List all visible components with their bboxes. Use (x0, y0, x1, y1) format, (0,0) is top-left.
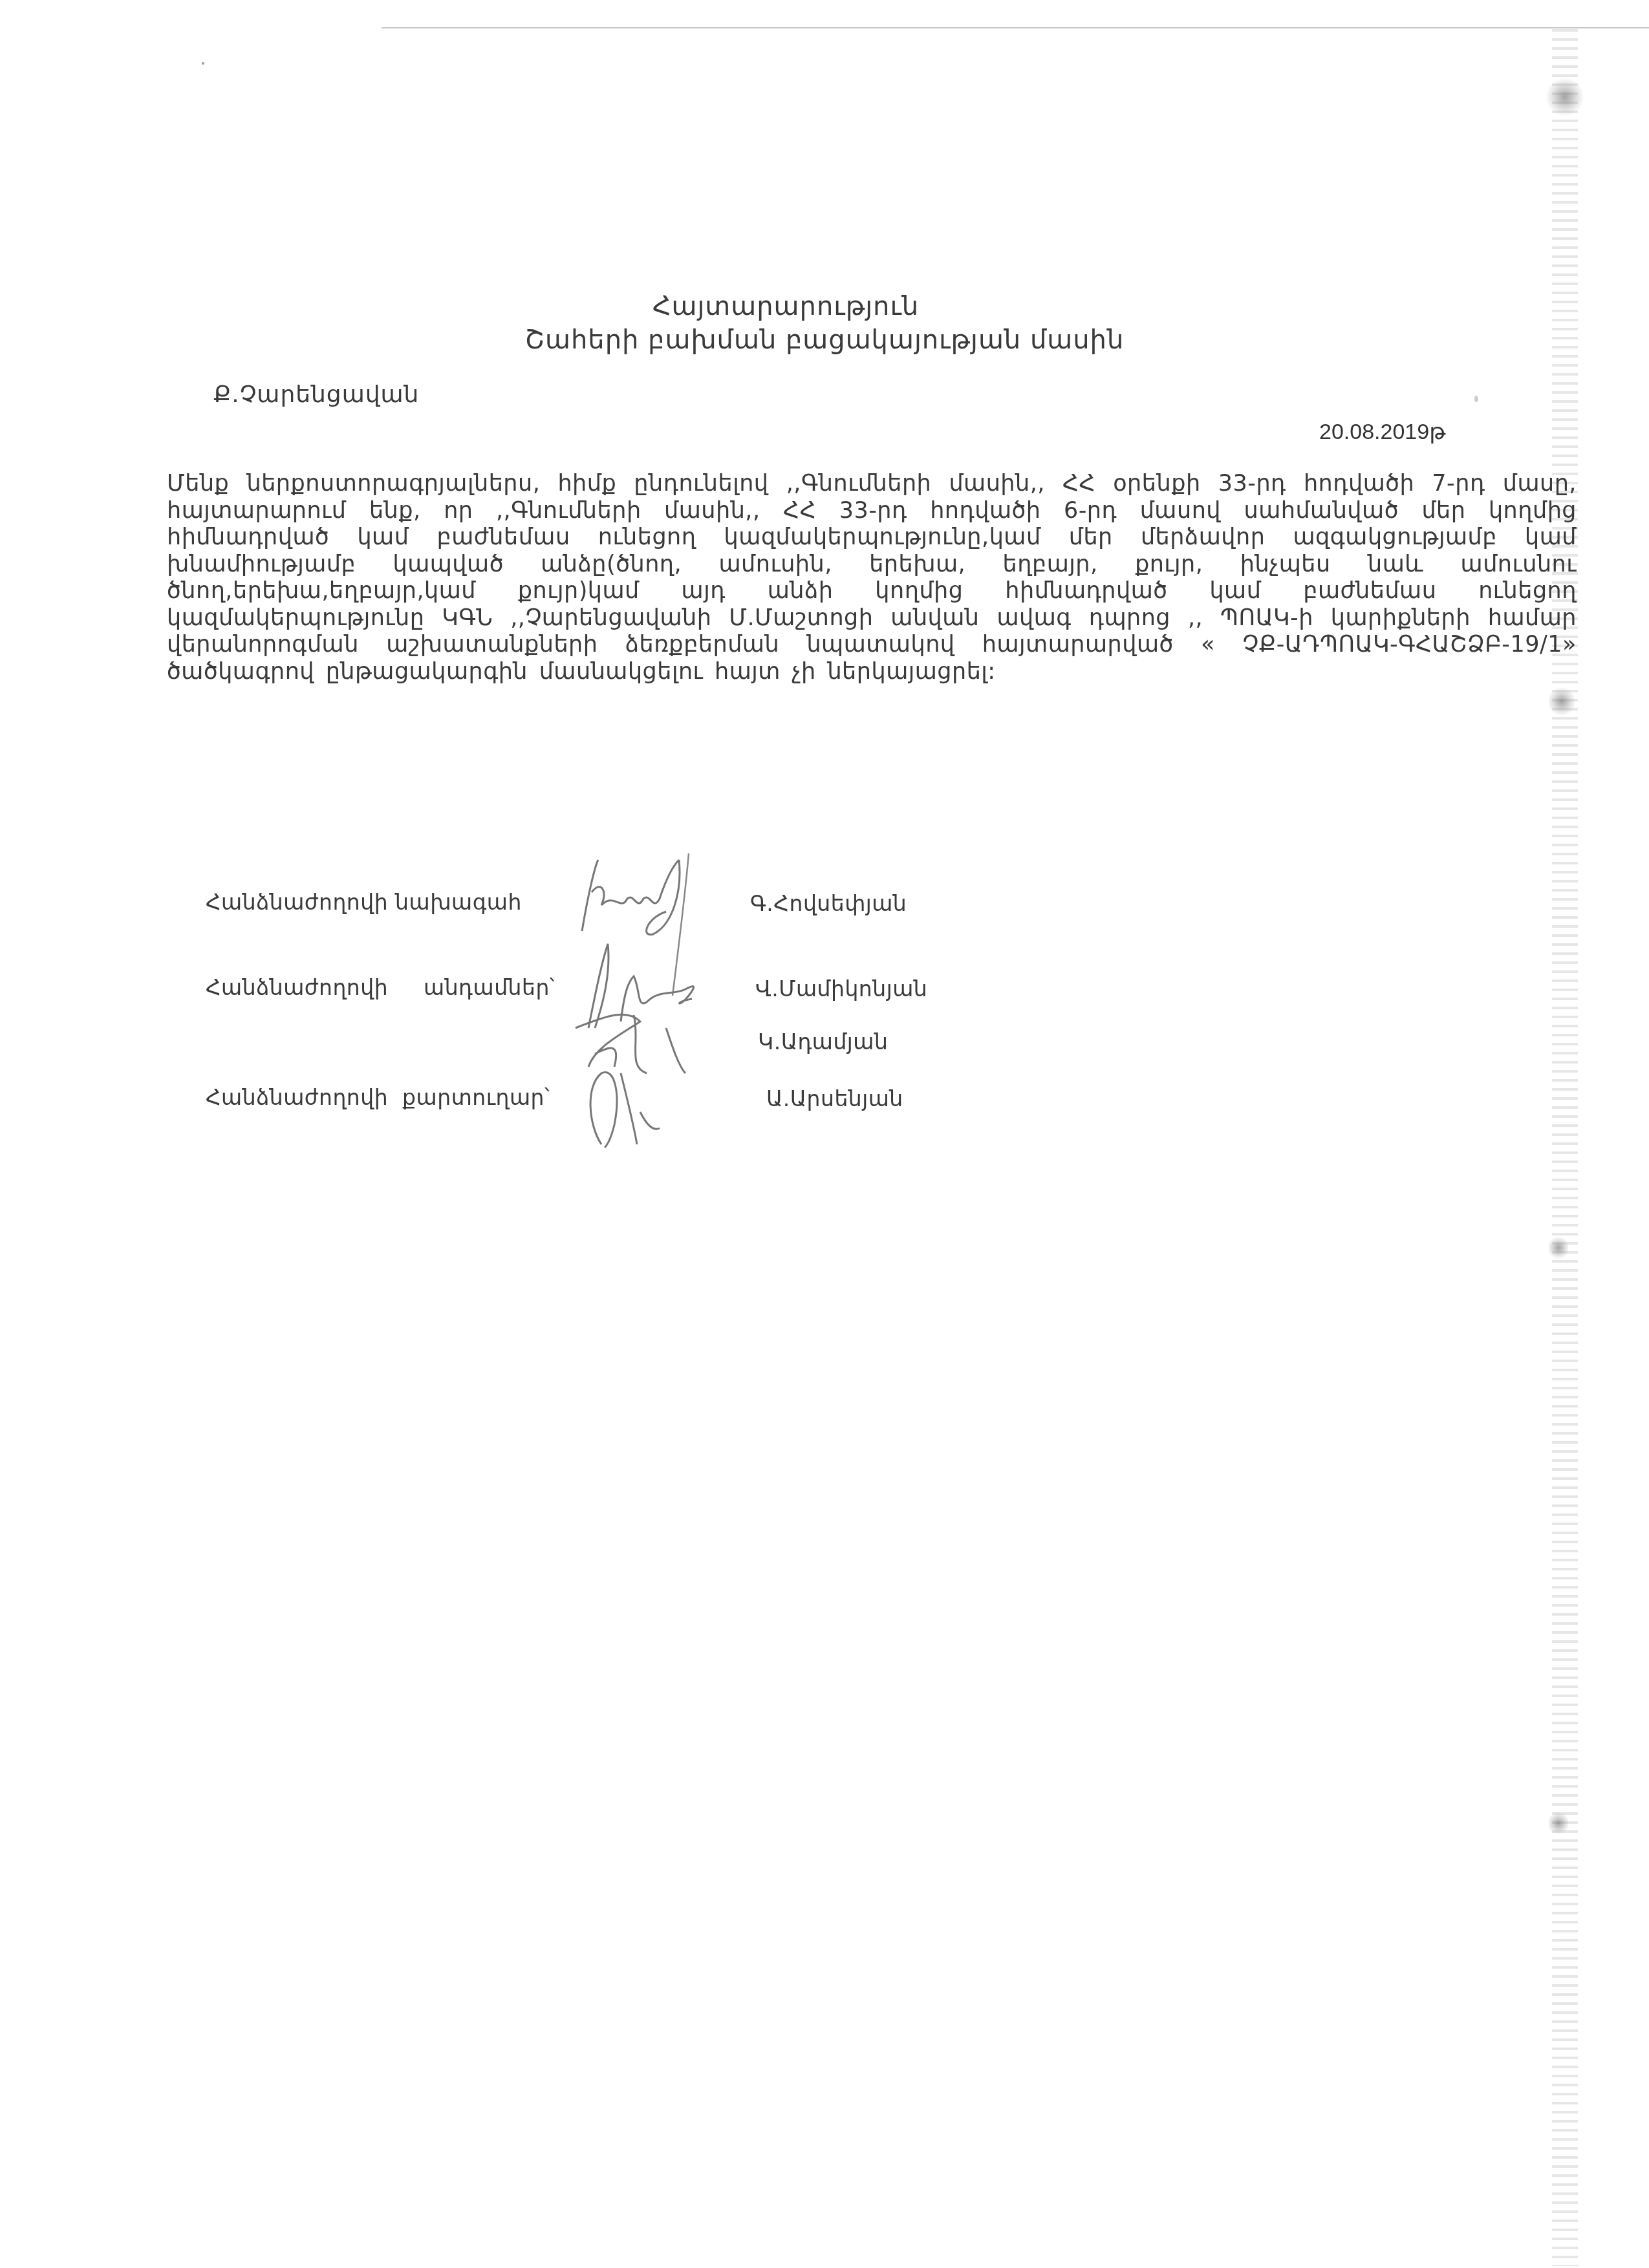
scan-artifact-blot (1549, 1810, 1568, 1836)
secretary-label: Հանձնաժողովի քարտուղար՝ (206, 1085, 550, 1110)
place-label: Ք.Չարենցավան (213, 381, 419, 408)
scan-speck (1474, 396, 1478, 402)
scan-artifact-strip (1552, 29, 1578, 2266)
member-name-2: Կ.Ադամյան (758, 1029, 888, 1054)
chair-name: Գ.Հովսեփյան (750, 891, 907, 916)
scan-artifact-blot (1546, 78, 1584, 116)
scan-speck (202, 62, 204, 65)
document-date: 20.08.2019թ (1319, 419, 1445, 445)
chair-label: Հանձնաժողովի նախագահ (206, 890, 522, 915)
title-block: Հայտարարություն Շահերի բախման բացակայութ… (0, 290, 1649, 357)
document-title: Հայտարարություն (0, 290, 1649, 323)
document-subtitle: Շահերի բախման բացակայության մասին (0, 323, 1649, 357)
document-body: Մենք ներքոստորագրյալներս, հիմք ընդունելո… (167, 471, 1577, 685)
secretary-name: Ա.Արսենյան (766, 1086, 903, 1111)
page-top-edge (382, 27, 1649, 28)
scan-artifact-blot (1549, 1235, 1568, 1261)
scan-artifact-blot (1549, 685, 1575, 718)
members-label: Հանձնաժողովի անդամներ՝ (206, 975, 555, 1000)
member-name-1: Վ.Մամիկոնյան (755, 976, 927, 1001)
secretary-signature (576, 1060, 718, 1153)
